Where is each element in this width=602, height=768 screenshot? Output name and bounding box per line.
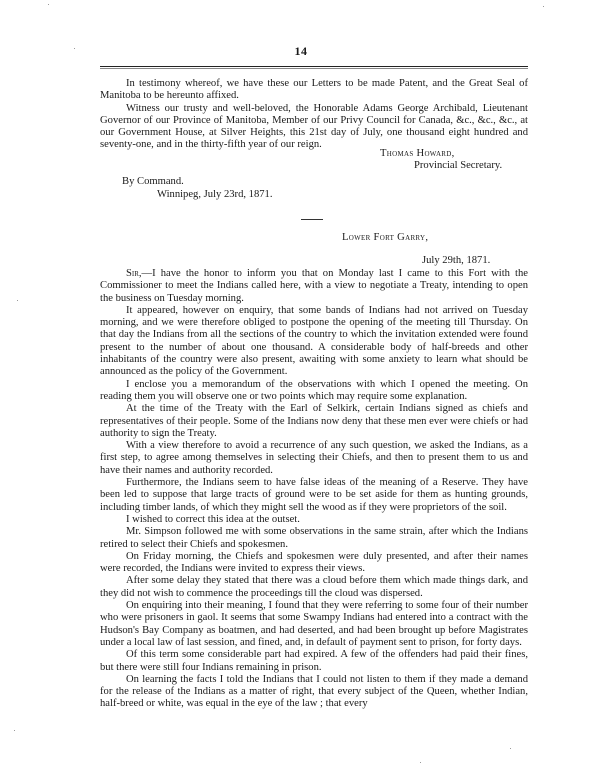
letter-paragraph: With a view therefore to avoid a recurre… xyxy=(100,440,528,477)
section-divider xyxy=(301,219,323,220)
letter-paragraph: On learning the facts I told the Indians… xyxy=(100,674,528,711)
proclamation-paragraph: Witness our trusty and well-beloved, the… xyxy=(100,103,528,152)
by-command: By Command. xyxy=(122,176,184,188)
letter-date: July 29th, 1871. xyxy=(422,255,490,267)
letter-paragraph: I enclose you a memorandum of the observ… xyxy=(100,379,528,404)
scan-speck xyxy=(14,730,15,731)
letter-paragraph: After some delay they stated that there … xyxy=(100,575,528,600)
letter-paragraph-text: —I have the honor to inform you that on … xyxy=(100,268,528,304)
signatory-name: Thomas Howard, xyxy=(380,148,455,160)
scan-speck xyxy=(420,762,421,763)
letter-paragraph: Sir,—I have the honor to inform you that… xyxy=(100,268,528,305)
header-double-rule xyxy=(100,66,528,69)
signatory-title: Provincial Secretary. xyxy=(414,160,502,172)
salutation: Sir, xyxy=(126,268,142,279)
proclamation-body: In testimony whereof, we have these our … xyxy=(100,78,528,152)
letter-paragraph: Mr. Simpson followed me with some observ… xyxy=(100,526,528,551)
letter-paragraph: It appeared, however on enquiry, that so… xyxy=(100,305,528,379)
place-date: Winnipeg, July 23rd, 1871. xyxy=(157,189,273,201)
letter-paragraph: Of this term some considerable part had … xyxy=(100,649,528,674)
scan-speck xyxy=(17,300,18,301)
letter-paragraph: At the time of the Treaty with the Earl … xyxy=(100,403,528,440)
letter-paragraph: I wished to correct this idea at the out… xyxy=(100,514,528,526)
letter-place: Lower Fort Garry, xyxy=(342,232,428,244)
letter-paragraph: On enquiring into their meaning, I found… xyxy=(100,600,528,649)
page-number: 14 xyxy=(0,44,602,59)
scan-speck xyxy=(543,6,544,7)
letter-paragraph: Furthermore, the Indians seem to have fa… xyxy=(100,477,528,514)
letter-paragraph: On Friday morning, the Chiefs and spokes… xyxy=(100,551,528,576)
letter-body: Sir,—I have the honor to inform you that… xyxy=(100,268,528,711)
scan-speck xyxy=(74,48,75,49)
scan-speck xyxy=(510,748,511,749)
scan-speck xyxy=(48,4,49,5)
proclamation-paragraph: In testimony whereof, we have these our … xyxy=(100,78,528,103)
